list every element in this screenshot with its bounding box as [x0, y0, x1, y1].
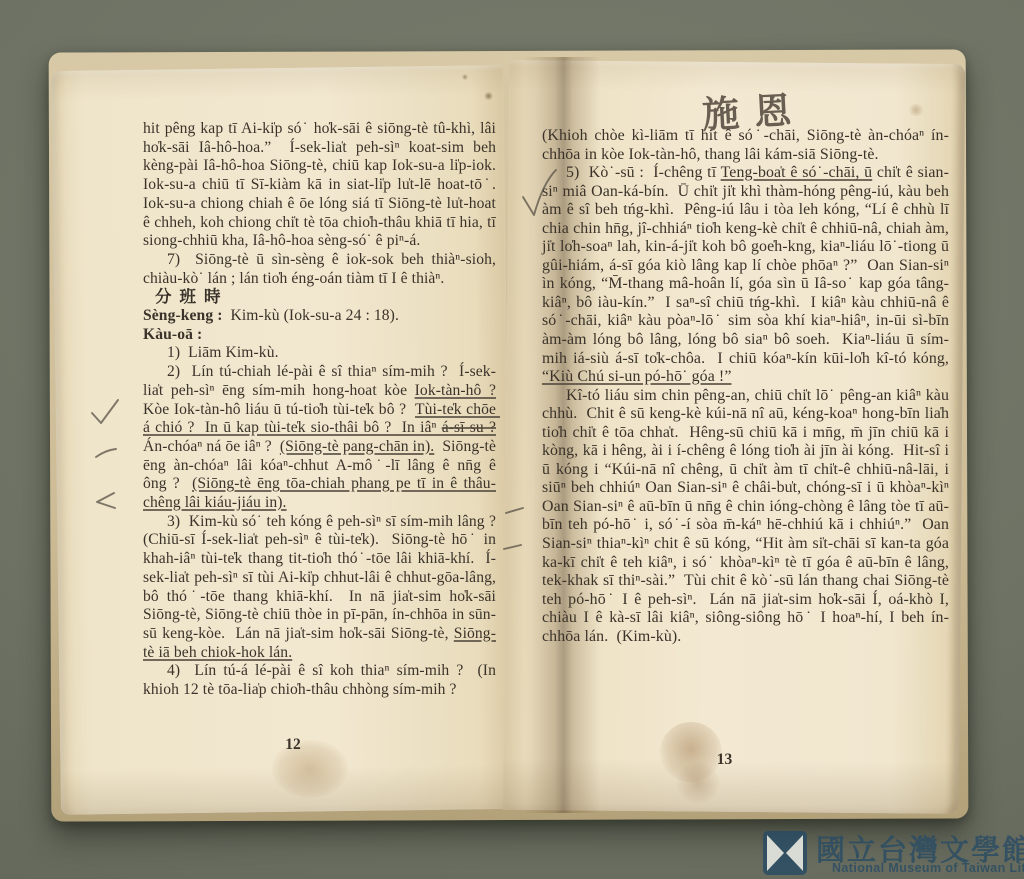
paragraph: 7) Siōng-tè ū sìn-sèng ê iok-sok beh thi… — [143, 251, 496, 288]
text-segment: 分班時 — [155, 287, 229, 306]
text-segment: Kim-kù (Iok-su-a 24 : 18). — [223, 307, 399, 324]
paragraph: hit pêng kap tī Ai-ki̍p só˙ ho̍k-sāi ê s… — [143, 120, 496, 251]
text-segment: 3) Kim-kù só˙ teh kóng ê peh-sìⁿ sī sím-… — [143, 513, 504, 642]
paragraph: Sèng-keng : Kim-kù (Iok-su-a 24 : 18). — [143, 307, 496, 326]
pencil-underlined-text: Teng-boa̍t ê só˙-chāi, ū — [721, 164, 873, 181]
paragraph: 4) Lín tú-á lé-pài ê sî koh thiaⁿ sím-mi… — [143, 662, 496, 699]
pencil-underlined-text: (Siōng-tè ēng tōa-chiah phang pe tī in ê… — [143, 475, 496, 511]
left-page-text: hit pêng kap tī Ai-ki̍p só˙ ho̍k-sāi ê s… — [143, 120, 496, 700]
text-segment: Sèng-keng : — [143, 307, 223, 324]
text-segment: chi̍t ê sian-siⁿ miâ Oan-ká-bín. Ū chi̍t… — [542, 164, 953, 366]
paragraph: Kàu-oā : — [143, 326, 496, 345]
paragraph: 1) Liām Kim-kù. — [143, 344, 496, 363]
text-segment: 1) Liām Kim-kù. — [167, 344, 279, 361]
pencil-underlined-text: Iok-tàn-hô ? — [415, 382, 496, 399]
text-segment: 5) Kò˙-sū : Í-chêng tī — [566, 164, 721, 181]
paragraph: Kî-tó liáu sim chin pêng-an, chiū chi̍t … — [542, 387, 949, 647]
watermark-en-text: National Museum of Taiwan Literature — [832, 861, 1024, 875]
text-segment: 7) Siōng-tè ū sìn-sèng ê iok-sok beh thi… — [143, 251, 500, 287]
text-segment: Kàu-oā : — [143, 326, 202, 343]
page-number-left: 12 — [143, 736, 443, 754]
text-segment: Kî-tó liáu sim chin pêng-an, chiū chi̍t … — [542, 387, 953, 645]
pencil-underlined-text: (Siōng-tè pang-chān in). — [280, 438, 434, 455]
paragraph: 5) Kò˙-sū : Í-chêng tī Teng-boa̍t ê só˙-… — [542, 164, 949, 387]
right-page-text: (Khioh chòe kì-liām tī hit ê só˙-chāi, S… — [542, 127, 949, 646]
section-heading-cjk: 分班時 — [143, 288, 496, 307]
watermark: 國立台灣文學館 National Museum of Taiwan Litera… — [762, 828, 1024, 879]
museum-logo-icon — [762, 830, 808, 876]
pencil-underlined-text: á-sī su ? — [442, 419, 496, 436]
text-segment: 4) Lín tú-á lé-pài ê sî koh thiaⁿ sím-mi… — [143, 662, 500, 698]
page-number-right: 13 — [542, 751, 907, 769]
paragraph: 3) Kim-kù só˙ teh kóng ê peh-sìⁿ sī sím-… — [143, 513, 496, 663]
book-photo-scene: { "scene": { "background_color": "#6e726… — [0, 0, 1024, 879]
handwritten-note: 施恩 — [701, 79, 808, 138]
text-segment: hit pêng kap tī Ai-ki̍p só˙ ho̍k-sāi ê s… — [143, 120, 504, 249]
pencil-underlined-text: “Kiù Chú si-un pó-hō˙ góa !” — [542, 368, 731, 385]
paragraph: 2) Lín tú-chiah lé-pài ê sî thiaⁿ sím-mi… — [143, 363, 496, 513]
